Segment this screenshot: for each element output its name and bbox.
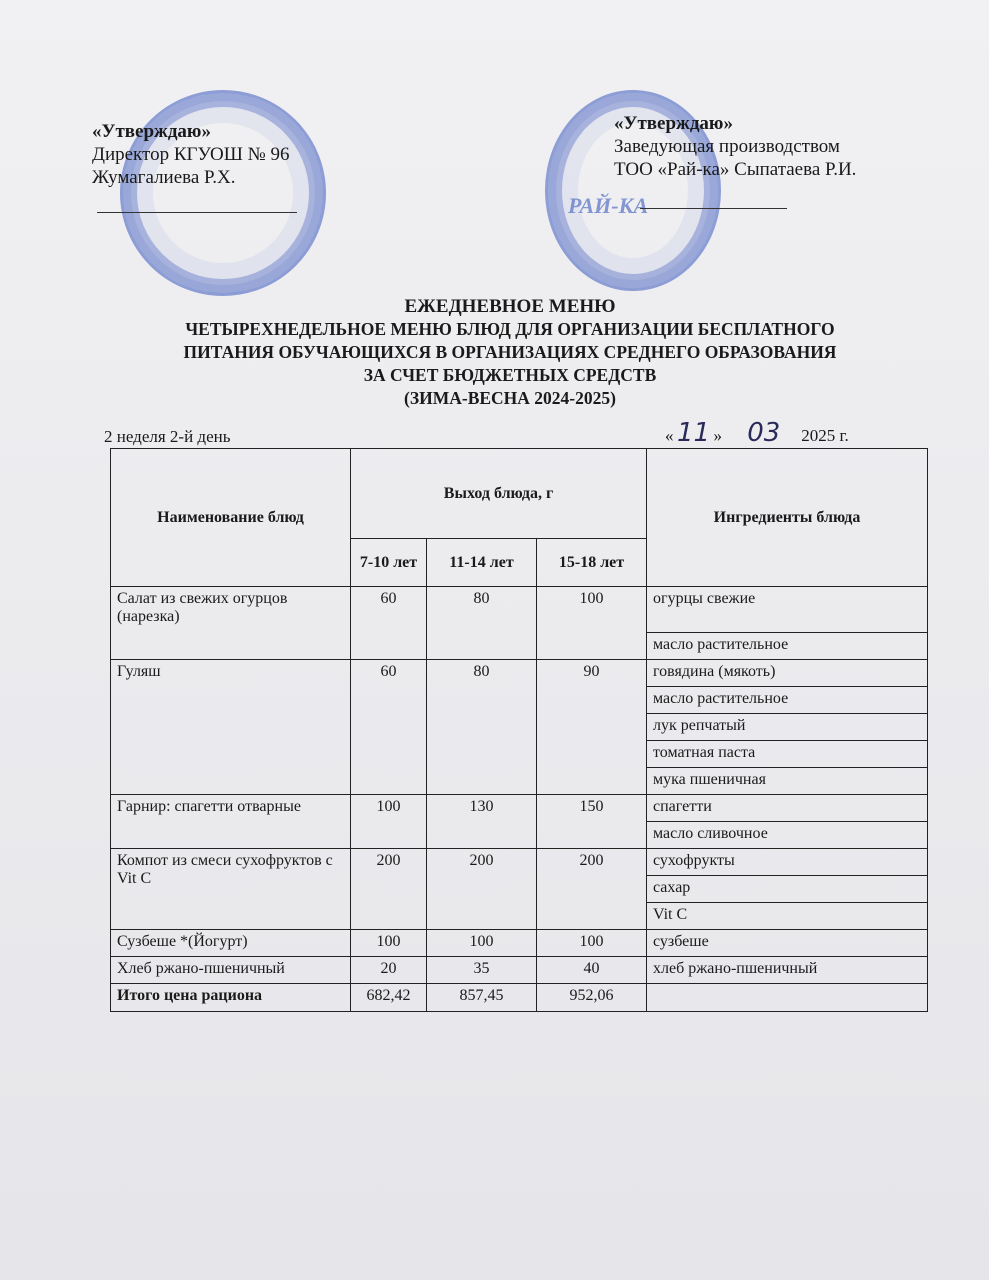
dish-yield: 200 — [351, 849, 427, 930]
ingredient: мука пшеничная — [647, 768, 928, 795]
dish-name: Сузбеше *(Йогурт) — [111, 930, 351, 957]
header-dish-name: Наименование блюд — [111, 449, 351, 587]
header-ingredients: Ингредиенты блюда — [647, 449, 928, 587]
dish-yield: 150 — [537, 795, 647, 849]
total-price: 952,06 — [537, 984, 647, 1012]
document-subtitle: ЧЕТЫРЕХНЕДЕЛЬНОЕ МЕНЮ БЛЮД ДЛЯ ОРГАНИЗАЦ… — [100, 318, 920, 410]
dish-yield: 80 — [427, 660, 537, 795]
ingredient: Vit C — [647, 903, 928, 930]
approval-position: Директор КГУОШ № 96 — [92, 143, 290, 166]
table-row: Гуляш608090говядина (мякоть) — [111, 660, 928, 687]
signature-line-left — [97, 212, 297, 213]
header-age-7-10: 7-10 лет — [351, 539, 427, 587]
ingredient: спагетти — [647, 795, 928, 822]
total-label: Итого цена рациона — [111, 984, 351, 1012]
approval-left: «Утверждаю» Директор КГУОШ № 96 Жумагали… — [92, 120, 290, 189]
approval-name: ТОО «Рай-ка» Сыпатаева Р.И. — [614, 158, 856, 181]
dish-name: Гуляш — [111, 660, 351, 795]
dish-yield: 200 — [537, 849, 647, 930]
total-price: 682,42 — [351, 984, 427, 1012]
table-row: Гарнир: спагетти отварные100130150спагет… — [111, 795, 928, 822]
approval-position: Заведующая производством — [614, 135, 856, 158]
ingredient: масло сливочное — [647, 822, 928, 849]
dish-yield: 35 — [427, 957, 537, 984]
document-page: РАЙ-КА «Утверждаю» Директор КГУОШ № 96 Ж… — [0, 0, 989, 1280]
menu-table: Наименование блюд Выход блюда, г Ингреди… — [110, 448, 928, 1012]
ingredient: сухофрукты — [647, 849, 928, 876]
subtitle-line: ЧЕТЫРЕХНЕДЕЛЬНОЕ МЕНЮ БЛЮД ДЛЯ ОРГАНИЗАЦ… — [100, 318, 920, 341]
dish-yield: 100 — [427, 930, 537, 957]
dish-yield: 100 — [537, 587, 647, 660]
total-empty-cell — [647, 984, 928, 1012]
date-quote: « — [665, 426, 674, 445]
menu-date: «11» 032025 г. — [665, 418, 849, 449]
header-yield: Выход блюда, г — [351, 449, 647, 539]
ingredient: сахар — [647, 876, 928, 903]
total-price: 857,45 — [427, 984, 537, 1012]
dish-yield: 60 — [351, 660, 427, 795]
dish-yield: 40 — [537, 957, 647, 984]
table-row: Салат из свежих огурцов (нарезка)6080100… — [111, 587, 928, 633]
header-age-15-18: 15-18 лет — [537, 539, 647, 587]
approval-name: Жумагалиева Р.Х. — [92, 166, 290, 189]
subtitle-line: ПИТАНИЯ ОБУЧАЮЩИХСЯ В ОРГАНИЗАЦИЯХ СРЕДН… — [100, 341, 920, 364]
table-row: Хлеб ржано-пшеничный203540хлеб ржано-пше… — [111, 957, 928, 984]
ingredient: лук репчатый — [647, 714, 928, 741]
subtitle-line: ЗА СЧЕТ БЮДЖЕТНЫХ СРЕДСТВ — [100, 364, 920, 387]
dish-yield: 90 — [537, 660, 647, 795]
dish-yield: 130 — [427, 795, 537, 849]
ingredient: хлеб ржано-пшеничный — [647, 957, 928, 984]
header-age-11-14: 11-14 лет — [427, 539, 537, 587]
table-row: Сузбеше *(Йогурт)100100100сузбеше — [111, 930, 928, 957]
date-year: 2025 г. — [801, 426, 849, 445]
date-month: 03 — [726, 418, 801, 449]
stamp-text: РАЙ-КА — [568, 193, 648, 219]
signature-line-right — [640, 208, 787, 209]
dish-yield: 100 — [351, 930, 427, 957]
ingredient: масло растительное — [647, 687, 928, 714]
dish-yield: 60 — [351, 587, 427, 660]
dish-yield: 80 — [427, 587, 537, 660]
dish-name: Хлеб ржано-пшеничный — [111, 957, 351, 984]
table-row: Компот из смеси сухофруктов с Vit C20020… — [111, 849, 928, 876]
ingredient: огурцы свежие — [647, 587, 928, 633]
dish-name: Гарнир: спагетти отварные — [111, 795, 351, 849]
date-day: 11 — [674, 418, 714, 449]
approval-right: «Утверждаю» Заведующая производством ТОО… — [614, 112, 856, 181]
dish-yield: 20 — [351, 957, 427, 984]
dish-yield: 100 — [537, 930, 647, 957]
ingredient: масло растительное — [647, 633, 928, 660]
dish-name: Салат из свежих огурцов (нарезка) — [111, 587, 351, 660]
document-title: ЕЖЕДНЕВНОЕ МЕНЮ — [100, 296, 920, 318]
total-row: Итого цена рациона682,42857,45952,06 — [111, 984, 928, 1012]
ingredient: томатная паста — [647, 741, 928, 768]
approval-title: «Утверждаю» — [92, 120, 290, 143]
dish-name: Компот из смеси сухофруктов с Vit C — [111, 849, 351, 930]
subtitle-line: (ЗИМА-ВЕСНА 2024-2025) — [100, 387, 920, 410]
dish-yield: 200 — [427, 849, 537, 930]
approval-title: «Утверждаю» — [614, 112, 856, 135]
dish-yield: 100 — [351, 795, 427, 849]
ingredient: говядина (мякоть) — [647, 660, 928, 687]
ingredient: сузбеше — [647, 930, 928, 957]
date-quote: » — [714, 426, 723, 445]
week-day-label: 2 неделя 2-й день — [104, 427, 230, 447]
